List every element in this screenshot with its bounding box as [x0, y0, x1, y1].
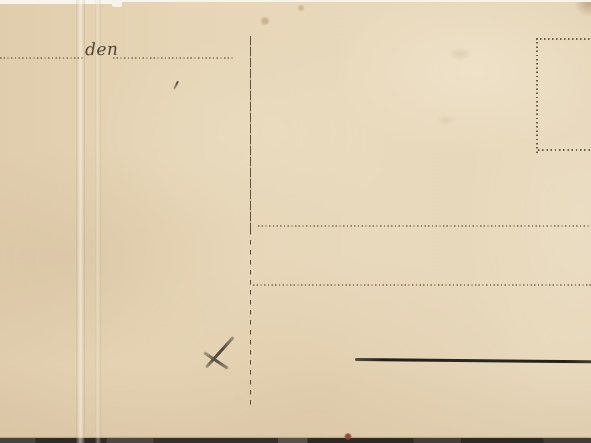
- address-line-2: [253, 284, 591, 286]
- fold-crease-main: [76, 0, 85, 443]
- rust-stain-spot: [344, 433, 352, 440]
- scan-edge-top-left: [0, 0, 121, 4]
- message-address-divider-lower: [250, 230, 251, 407]
- stamp-box-left-edge: [536, 38, 538, 153]
- pencil-tick-mark: [173, 81, 179, 90]
- address-line-1: [258, 225, 591, 227]
- postcard-back: den: [0, 0, 591, 443]
- date-line-dots-left: [0, 57, 84, 59]
- handwritten-ink-line: [355, 358, 591, 363]
- scan-edge-top-right: [121, 0, 591, 2]
- scan-edge-notch: [112, 0, 122, 7]
- message-address-divider-upper: [250, 36, 251, 230]
- scan-edge-bottom-shadow: [0, 438, 591, 443]
- stamp-box-top-edge: [536, 38, 591, 40]
- stamp-box-bottom-edge: [538, 149, 591, 151]
- date-line-dots-right: [113, 57, 233, 59]
- fold-crease-secondary: [95, 0, 101, 443]
